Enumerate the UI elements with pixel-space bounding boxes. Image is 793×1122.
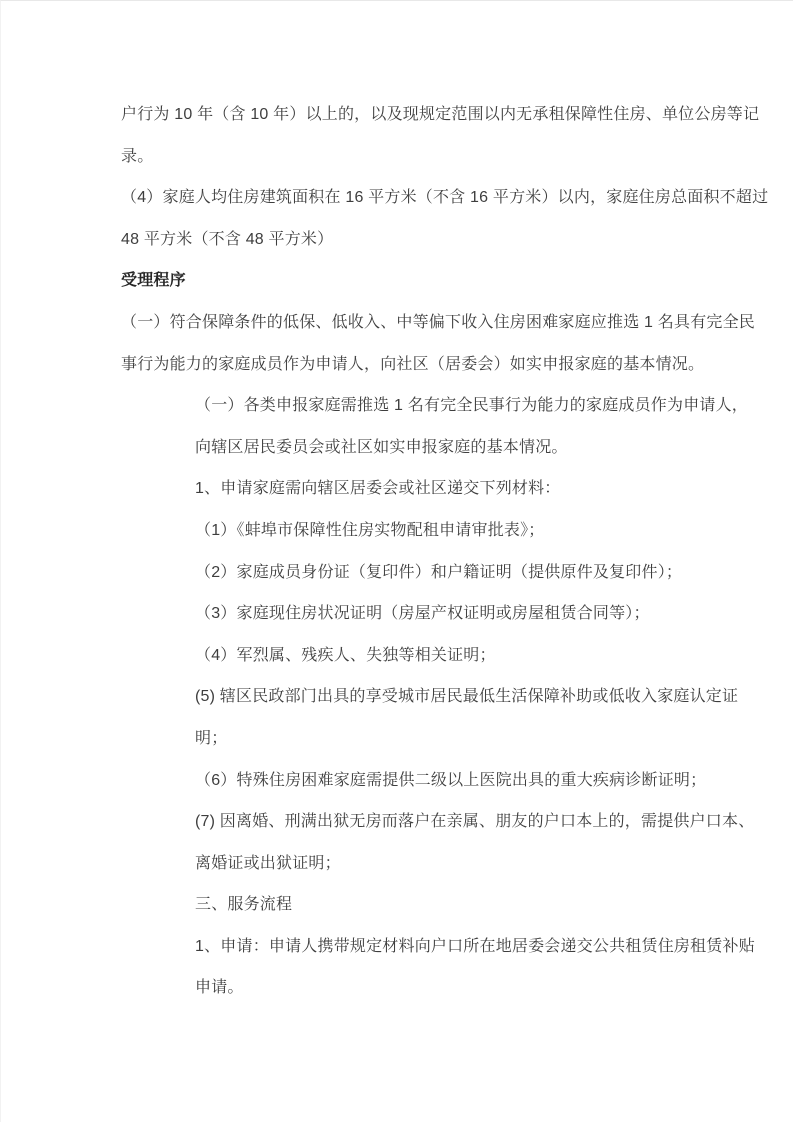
text-line: （1）《蚌埠市保障性住房实物配租申请审批表》；	[195, 510, 677, 552]
text-line: 向辖区居民委员会或社区如实申报家庭的基本情况。	[195, 427, 677, 469]
text-line: 1、申请：申请人携带规定材料向户口所在地居委会递交公共租赁住房租赁补贴	[195, 926, 677, 968]
text-line: 事行为能力的家庭成员作为申请人，向社区（居委会）如实申报家庭的基本情况。	[121, 344, 677, 386]
text-line: （一）各类申报家庭需推选 1 名有完全民事行为能力的家庭成员作为申请人，	[195, 385, 677, 427]
text-line: （一）符合保障条件的低保、低收入、中等偏下收入住房困难家庭应推选 1 名具有完全…	[121, 302, 677, 344]
text-line: 离婚证或出狱证明；	[195, 843, 677, 885]
text-line: （2）家庭成员身份证（复印件）和户籍证明（提供原件及复印件）；	[195, 552, 677, 594]
text-line: （4）家庭人均住房建筑面积在 16 平方米（不含 16 平方米）以内，家庭住房总…	[121, 177, 677, 219]
document-body: 户行为 10 年（含 10 年）以上的，以及现规定范围以内无承租保障性住房、单位…	[121, 94, 677, 1009]
text-line: 三、服务流程	[195, 884, 677, 926]
text-line: (7) 因离婚、刑满出狱无房而落户在亲属、朋友的户口本上的，需提供户口本、	[195, 801, 677, 843]
text-line: 48 平方米（不含 48 平方米）	[121, 219, 677, 261]
text-line: （3）家庭现住房状况证明（房屋产权证明或房屋租赁合同等）；	[195, 593, 677, 635]
text-line: 1、申请家庭需向辖区居委会或社区递交下列材料：	[195, 468, 677, 510]
document-page: 户行为 10 年（含 10 年）以上的，以及现规定范围以内无承租保障性住房、单位…	[0, 0, 793, 1122]
text-line: （6）特殊住房困难家庭需提供二级以上医院出具的重大疾病诊断证明；	[195, 760, 677, 802]
text-line: (5) 辖区民政部门出具的享受城市居民最低生活保障补助或低收入家庭认定证	[195, 676, 677, 718]
section-heading: 受理程序	[121, 260, 677, 302]
text-line: 录。	[121, 136, 677, 178]
text-line: 明；	[195, 718, 677, 760]
text-line: （4）军烈属、残疾人、失独等相关证明；	[195, 635, 677, 677]
text-line: 申请。	[195, 967, 677, 1009]
text-line: 户行为 10 年（含 10 年）以上的，以及现规定范围以内无承租保障性住房、单位…	[121, 94, 677, 136]
